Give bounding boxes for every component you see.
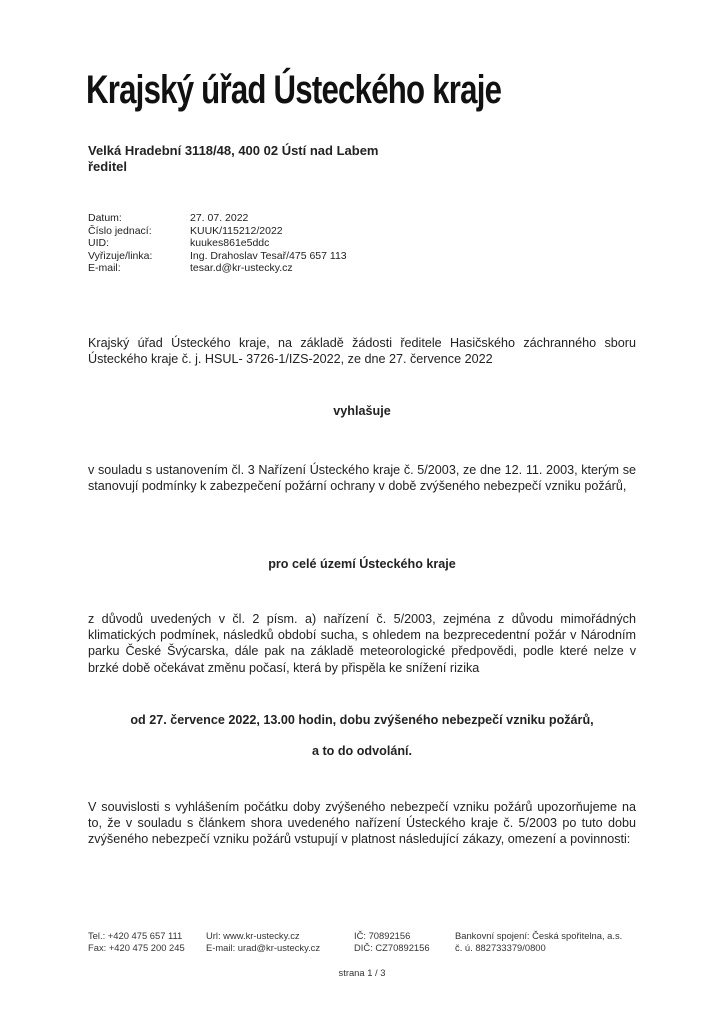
footer-fax: Fax: +420 475 200 245 (88, 942, 185, 954)
reasons-paragraph: z důvodů uvedených v čl. 2 písm. a) naří… (88, 611, 636, 676)
meta-row-handler: Vyřizuje/linka: Ing. Drahoslav Tesař/475… (88, 250, 347, 263)
meta-row-reference: Číslo jednací: KUUK/115212/2022 (88, 225, 347, 238)
meta-value: KUUK/115212/2022 (190, 225, 283, 238)
address: Velká Hradební 3118/48, 400 02 Ústí nad … (88, 143, 379, 159)
footer-bank: Bankovní spojení: Česká spořitelna, a.s.… (455, 930, 622, 953)
address-block: Velká Hradební 3118/48, 400 02 Ústí nad … (88, 143, 379, 175)
footer-contact-phone: Tel.: +420 475 657 111 Fax: +420 475 200… (88, 930, 185, 953)
footer-email[interactable]: E-mail: urad@kr-ustecky.cz (206, 942, 320, 954)
footer-ic: IČ: 70892156 (354, 930, 430, 942)
meta-value: 27. 07. 2022 (190, 212, 248, 225)
footer-contact-web: Url: www.kr-ustecky.cz E-mail: urad@kr-u… (206, 930, 320, 953)
declares-heading: vyhlašuje (0, 404, 724, 418)
meta-label: Číslo jednací: (88, 225, 190, 238)
footer-dic: DIČ: CZ70892156 (354, 942, 430, 954)
page-number: strana 1 / 3 (0, 967, 724, 978)
meta-value: Ing. Drahoslav Tesař/475 657 113 (190, 250, 347, 263)
meta-row-email: E-mail: tesar.d@kr-ustecky.cz (88, 262, 347, 275)
meta-row-uid: UID: kuukes861e5ddc (88, 237, 347, 250)
footer-bank-name: Bankovní spojení: Česká spořitelna, a.s. (455, 930, 622, 942)
legal-basis-paragraph: v souladu s ustanovením čl. 3 Nařízení Ú… (88, 462, 636, 494)
footer-ids: IČ: 70892156 DIČ: CZ70892156 (354, 930, 430, 953)
meta-label: UID: (88, 237, 190, 250)
meta-value: kuukes861e5ddc (190, 237, 269, 250)
scope-heading: pro celé území Ústeckého kraje (0, 557, 724, 571)
footer-tel: Tel.: +420 475 657 111 (88, 930, 185, 942)
meta-row-date: Datum: 27. 07. 2022 (88, 212, 347, 225)
notice-paragraph: V souvislosti s vyhlášením počátku doby … (88, 799, 636, 848)
footer-account: č. ú. 882733379/0800 (455, 942, 622, 954)
meta-label: Vyřizuje/linka: (88, 250, 190, 263)
document-metadata: Datum: 27. 07. 2022 Číslo jednací: KUUK/… (88, 212, 347, 275)
page-title: Krajský úřad Ústeckého kraje (86, 66, 501, 114)
intro-paragraph: Krajský úřad Ústeckého kraje, na základě… (88, 335, 636, 367)
meta-value: tesar.d@kr-ustecky.cz (190, 262, 293, 275)
meta-label: E-mail: (88, 262, 190, 275)
department: ředitel (88, 159, 379, 175)
until-line: a to do odvolání. (0, 744, 724, 758)
effective-from-line: od 27. července 2022, 13.00 hodin, dobu … (0, 713, 724, 727)
meta-label: Datum: (88, 212, 190, 225)
footer-url[interactable]: Url: www.kr-ustecky.cz (206, 930, 320, 942)
